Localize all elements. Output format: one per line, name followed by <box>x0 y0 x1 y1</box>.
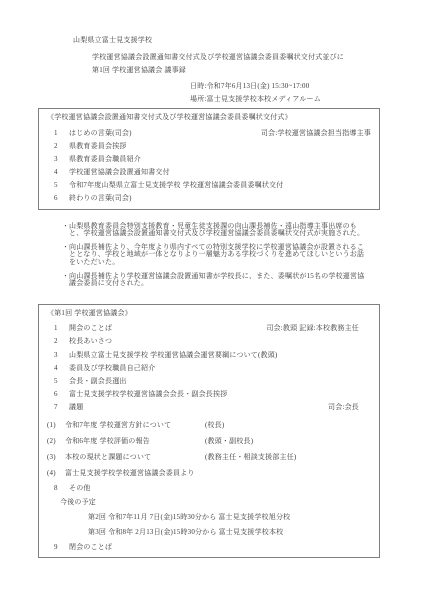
meeting-location: 場所:富士見支援学校本校メディアルーム <box>190 96 424 104</box>
note-item: ・ 向山課長補佐より、今年度より県内すべての特別支援学校に学校運営協議会が設置さ… <box>62 244 380 267</box>
agenda-item-2: (2) 令和6年度 学校評価の報告 (教頭・副校長) <box>47 438 371 446</box>
agenda-number: (3) <box>47 454 65 462</box>
agenda-number: (4) <box>47 470 65 478</box>
agenda-number: (1) <box>47 422 65 430</box>
ceremony-notes: ・ 山梨県教育委員会特別支援教育・児童生徒支援課の向山課長補佐・遠山指導主事出席… <box>62 223 380 288</box>
bullet-icon: ・ <box>62 273 69 288</box>
schedule-meeting-3: 第3回 令和8年 2月13日(金)15時30分から 富士見支援学校本校 <box>88 529 371 537</box>
ceremony-item-4: 4 学校運営協議会設置通知書交付 <box>47 169 371 177</box>
item-text: はじめの言葉(司会) <box>69 130 132 138</box>
item-role: 司会:教頭 記録:本校教務主任 <box>266 325 359 333</box>
item-number: 4 <box>54 169 69 177</box>
item-role: 司会:会長 <box>328 404 359 412</box>
meeting-minutes-document: 山梨県立富士見支援学校 学校運営協議会設置通知書交付式及び学校運営協議会委員委嘱… <box>0 0 424 600</box>
item-number: 1 <box>54 325 69 333</box>
item-number: 5 <box>54 378 69 386</box>
item-text: 閉会のことば <box>69 544 112 552</box>
ceremony-item-1: 1 はじめの言葉(司会) 司会:学校運営協議会担当指導主事 <box>47 130 371 138</box>
ceremony-item-5: 5 令和7年度山梨県立富士見支援学校 学校運営協議会委員委嘱状交付 <box>47 182 371 190</box>
item-text: 山梨県立富士見支援学校 学校運営協議会運営要綱について(教頭) <box>69 352 277 360</box>
agenda-number: (2) <box>47 438 65 446</box>
ceremony-item-3: 3 県教育委員会職員紹介 <box>47 156 371 164</box>
item-text: 令和7年度山梨県立富士見支援学校 学校運営協議会委員委嘱状交付 <box>69 182 283 190</box>
item-text: 委員及び学校職員自己紹介 <box>69 365 155 373</box>
note-text: 向山課長補佐より学校運営協議会設置通知書が学校長に、また、委嘱状が15名の学校運… <box>69 273 371 288</box>
item-number: 1 <box>54 130 69 138</box>
item-text: 校長あいさつ <box>69 338 112 346</box>
note-text: 山梨県教育委員会特別支援教育・児童生徒支援課の向山課長補佐・遠山指導主事出席のも… <box>69 223 371 238</box>
school-name: 山梨県立富士見支援学校 <box>73 37 424 45</box>
item-number: 3 <box>54 156 69 164</box>
document-subtitle: 学校運営協議会設置通知書交付式及び学校運営協議会委員委嘱状交付式並びに <box>92 54 424 62</box>
agenda-role: (教務主任・相談支援部主任) <box>205 454 296 462</box>
note-item: ・ 山梨県教育委員会特別支援教育・児童生徒支援課の向山課長補佐・遠山指導主事出席… <box>62 223 380 238</box>
meeting-datetime: 日時:令和7年6月13日(金) 15:30~17:00 <box>190 83 424 91</box>
council-item-5: 5 会長・副会長選出 <box>47 378 371 386</box>
schedule-label: 今後の予定 <box>60 499 371 507</box>
ceremony-section-box: 《学校運営協議会設置通知書交付式及び学校運営協議会委員委嘱状交付式》 1 はじめ… <box>38 108 380 210</box>
item-number: 2 <box>54 338 69 346</box>
agenda-role: (校長) <box>205 422 224 430</box>
council-item-2: 2 校長あいさつ <box>47 338 371 346</box>
item-text: 学校運営協議会設置通知書交付 <box>69 169 170 177</box>
item-number: 4 <box>54 365 69 373</box>
council-item-7: 7 議題 司会:会長 <box>47 404 371 412</box>
item-number: 6 <box>54 195 69 203</box>
item-text: 会長・副会長選出 <box>69 378 127 386</box>
document-header: 山梨県立富士見支援学校 学校運営協議会設置通知書交付式及び学校運営協議会委員委嘱… <box>0 0 424 104</box>
item-number: 6 <box>54 391 69 399</box>
agenda-item-4: (4) 富士見支援学校学校運営協議会委員より <box>47 470 371 478</box>
item-number: 5 <box>54 182 69 190</box>
agenda-text: 富士見支援学校学校運営協議会委員より <box>65 470 205 478</box>
schedule-meeting-2: 第2回 令和7年11月 7日(金)15時30分から 富士見支援学校旭分校 <box>88 514 371 522</box>
item-text: 開会のことば <box>69 325 112 333</box>
note-item: ・ 向山課長補佐より学校運営協議会設置通知書が学校長に、また、委嘱状が15名の学… <box>62 273 380 288</box>
note-text: 向山課長補佐より、今年度より県内すべての特別支援学校に学校運営協議会が設置される… <box>69 244 371 267</box>
item-text: 県教育委員会挨拶 <box>69 143 127 151</box>
item-text: 富士見支援学校学校運営協議会会長・副会長挨拶 <box>69 391 227 399</box>
item-text: 県教育委員会職員紹介 <box>69 156 141 164</box>
item-text: 議題 <box>69 404 83 412</box>
agenda-text: 本校の現状と課題について <box>65 454 205 462</box>
council-item-4: 4 委員及び学校職員自己紹介 <box>47 365 371 373</box>
council-item-1: 1 開会のことば 司会:教頭 記録:本校教務主任 <box>47 325 371 333</box>
ceremony-item-2: 2 県教育委員会挨拶 <box>47 143 371 151</box>
ceremony-item-6: 6 終わりの言葉(司会) <box>47 195 371 203</box>
ceremony-section-title: 《学校運営協議会設置通知書交付式及び学校運営協議会委員委嘱状交付式》 <box>47 114 371 122</box>
item-number: 8 <box>54 485 69 493</box>
agenda-text: 令和7年度 学校運営方針について <box>65 422 205 430</box>
item-number: 3 <box>54 352 69 360</box>
document-title: 第1回 学校運営協議会 議事録 <box>92 67 424 75</box>
bullet-icon: ・ <box>62 223 69 238</box>
item-role: 司会:学校運営協議会担当指導主事 <box>261 130 371 138</box>
agenda-role: (教頭・副校長) <box>205 438 253 446</box>
item-number: 7 <box>54 404 69 412</box>
item-text: その他 <box>69 485 91 493</box>
council-section-title: 《第1回 学校運営協議会》 <box>47 310 371 318</box>
council-item-9: 9 閉会のことば <box>47 544 371 552</box>
council-item-8: 8 その他 <box>47 485 371 493</box>
bullet-icon: ・ <box>62 244 69 267</box>
council-item-3: 3 山梨県立富士見支援学校 学校運営協議会運営要綱について(教頭) <box>47 352 371 360</box>
council-section-box: 《第1回 学校運営協議会》 1 開会のことば 司会:教頭 記録:本校教務主任 2… <box>38 304 380 559</box>
item-number: 2 <box>54 143 69 151</box>
item-text: 終わりの言葉(司会) <box>69 195 132 203</box>
item-number: 9 <box>54 544 69 552</box>
council-item-6: 6 富士見支援学校学校運営協議会会長・副会長挨拶 <box>47 391 371 399</box>
agenda-item-3: (3) 本校の現状と課題について (教務主任・相談支援部主任) <box>47 454 371 462</box>
agenda-text: 令和6年度 学校評価の報告 <box>65 438 205 446</box>
agenda-item-1: (1) 令和7年度 学校運営方針について (校長) <box>47 422 371 430</box>
